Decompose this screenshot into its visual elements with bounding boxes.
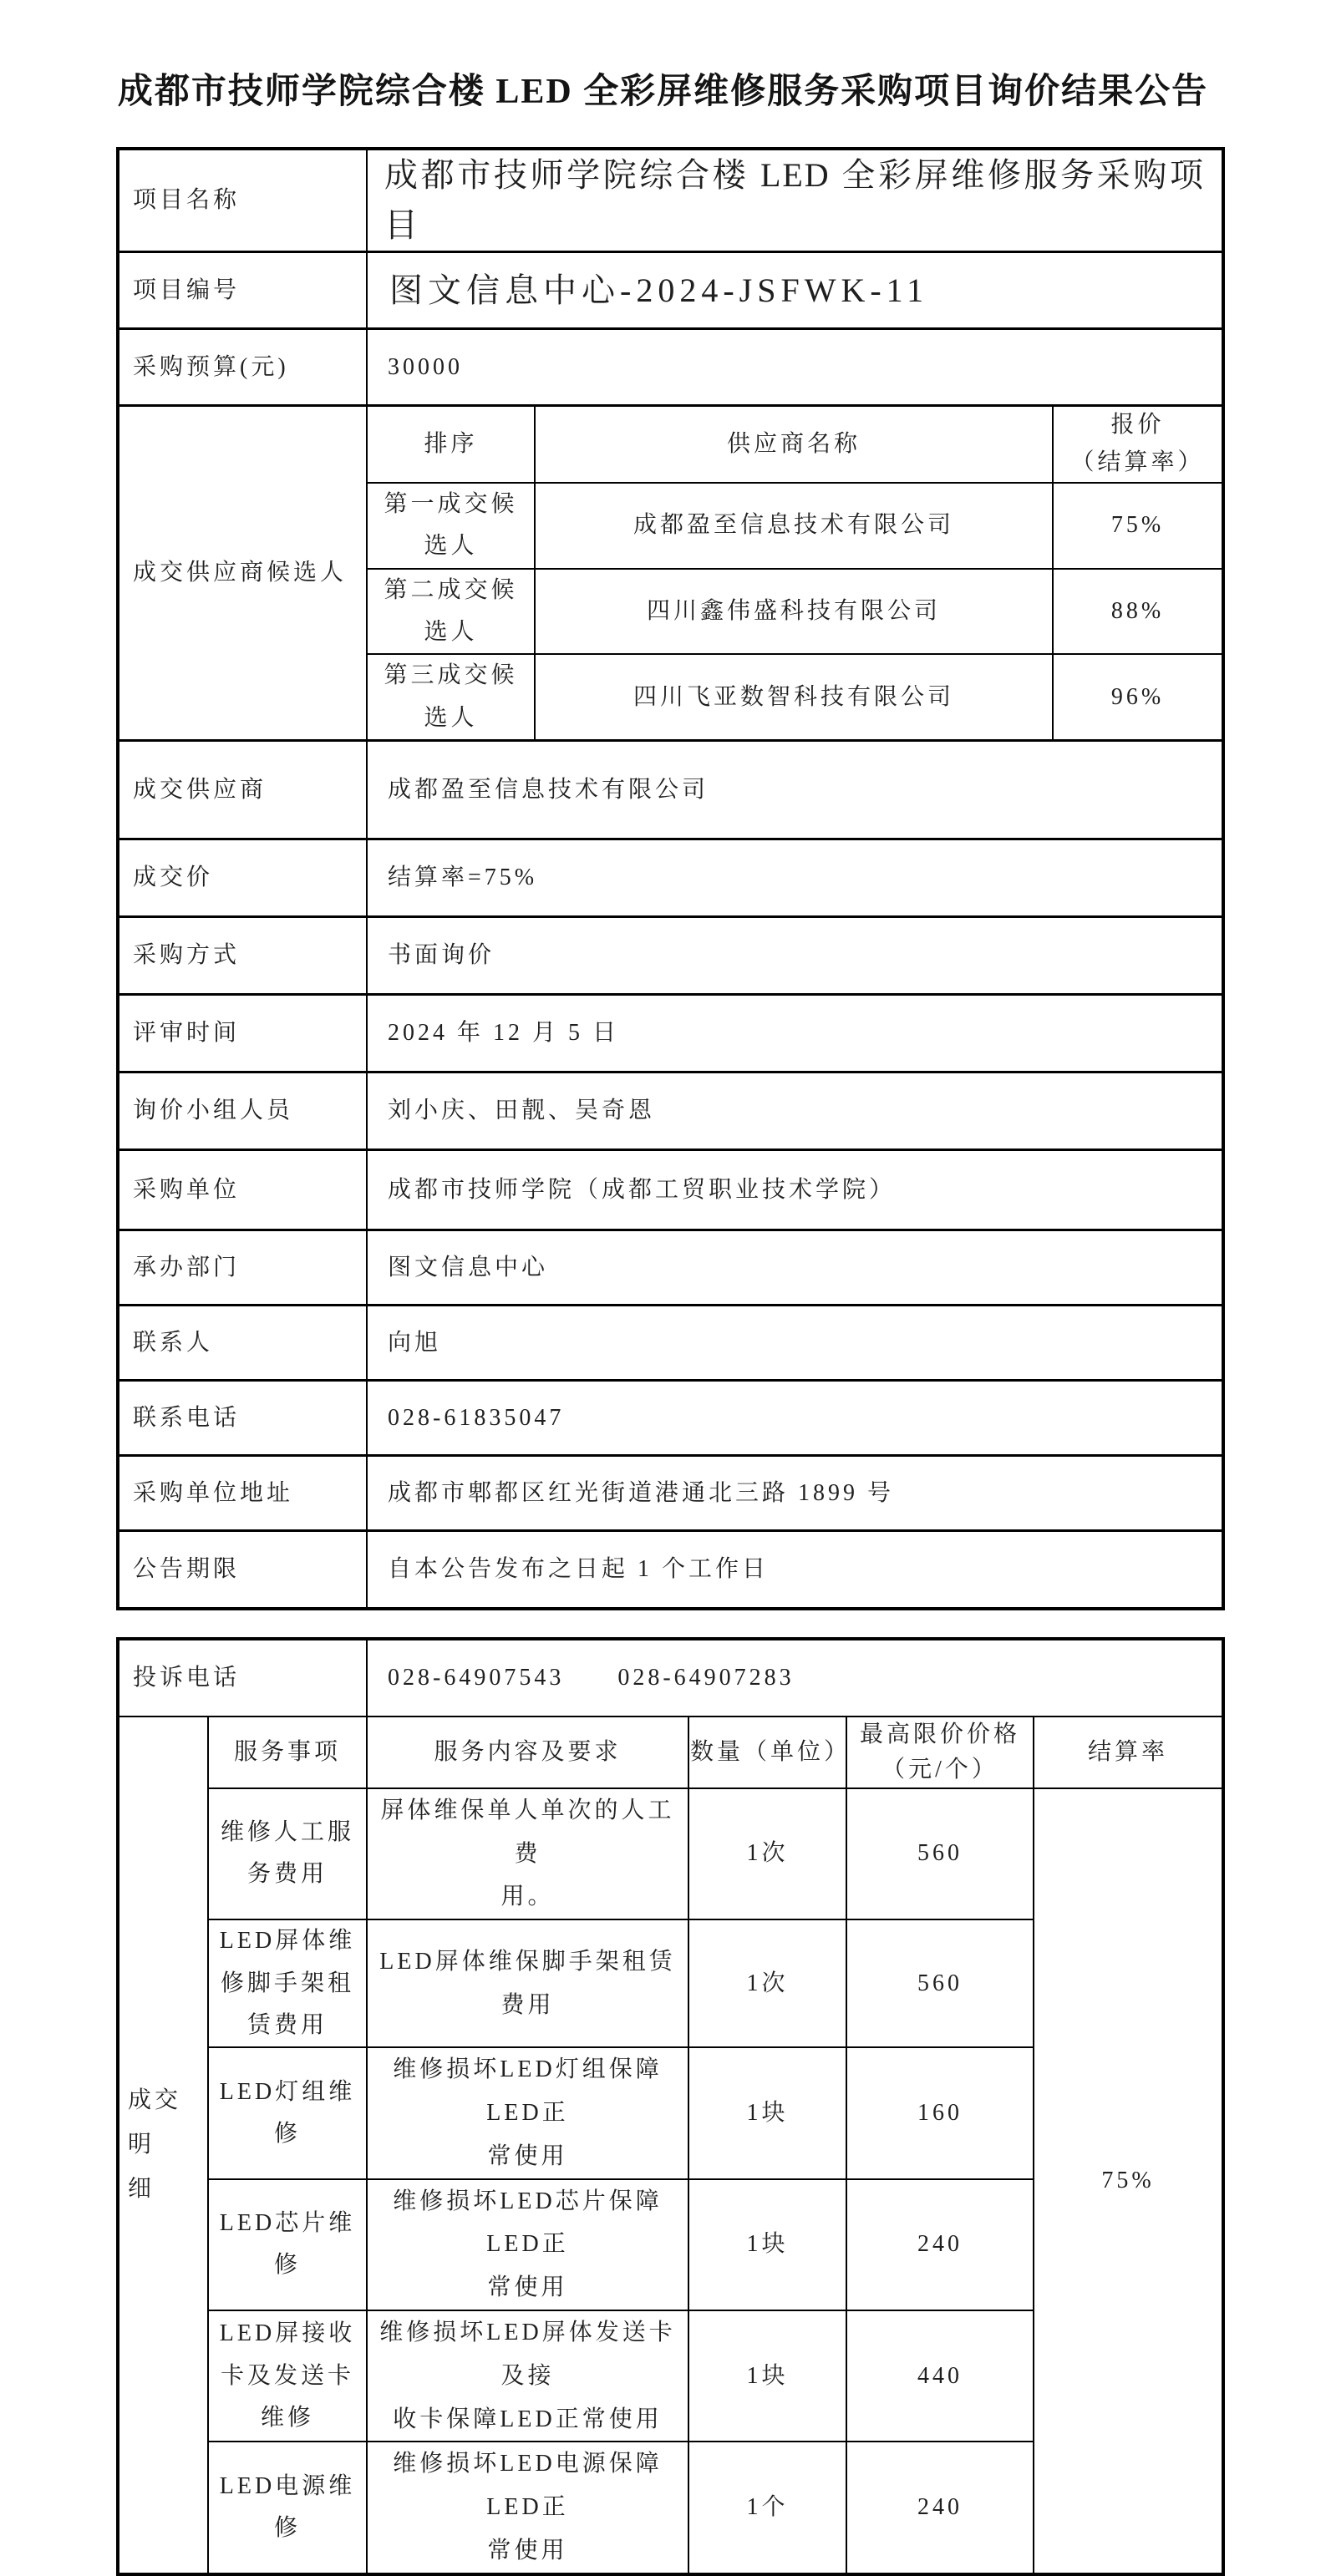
value-award-price: 结算率=75%	[367, 839, 1223, 917]
service-item: LED灯组维 修	[208, 2047, 367, 2178]
service-item: LED电源维 修	[208, 2442, 367, 2573]
label-contact-phone: 联系电话	[118, 1381, 367, 1456]
value-awarded-supplier: 成都盈至信息技术有限公司	[367, 741, 1223, 839]
label-procurement-method: 采购方式	[118, 917, 367, 995]
label-contact-person: 联系人	[118, 1306, 367, 1381]
service-item: LED屏体维 修脚手架租 赁费用	[208, 1919, 367, 2047]
service-qty: 1次	[688, 1788, 846, 1919]
page-title: 成都市技师学院综合楼 LED 全彩屏维修服务采购项目询价结果公告	[0, 72, 1326, 112]
table-row: 成交价 结算率=75%	[118, 839, 1223, 917]
table-row: 承办部门 图文信息中心	[118, 1230, 1223, 1306]
table-row: 采购单位 成都市技师学院（成都工贸职业技术学院）	[118, 1150, 1223, 1230]
value-project-number: 图文信息中心-2024-JSFWK-11	[367, 252, 1223, 329]
label-award-price: 成交价	[118, 839, 367, 917]
service-content: 维修损坏LED芯片保障LED正 常使用	[367, 2179, 688, 2310]
label-purchasing-unit: 采购单位	[118, 1150, 367, 1230]
service-qty: 1个	[688, 2442, 846, 2573]
value-purchasing-unit: 成都市技师学院（成都工贸职业技术学院）	[367, 1150, 1223, 1230]
label-review-date: 评审时间	[118, 995, 367, 1072]
label-candidates: 成交供应商候选人	[118, 406, 367, 741]
header-quantity: 数量（单位）	[688, 1716, 846, 1788]
header-quote: 报价 （结算率）	[1053, 406, 1223, 483]
value-contact-phone: 028-61835047	[367, 1381, 1223, 1456]
value-announcement-period: 自本公告发布之日起 1 个工作日	[367, 1531, 1223, 1609]
candidates-header-row: 成交供应商候选人 排序 供应商名称 报价 （结算率）	[118, 406, 1223, 483]
service-price: 240	[846, 2179, 1034, 2310]
table-row: 投诉电话 028-64907543 028-64907283	[118, 1639, 1223, 1716]
table-row: 项目名称 成都市技师学院综合楼 LED 全彩屏维修服务采购项目	[118, 149, 1223, 252]
project-info-table: 项目名称 成都市技师学院综合楼 LED 全彩屏维修服务采购项目 项目编号 图文信…	[116, 147, 1225, 1610]
label-complaint-phone: 投诉电话	[118, 1639, 367, 1716]
label-budget: 采购预算(元)	[118, 329, 367, 406]
service-price: 240	[846, 2442, 1034, 2573]
label-inquiry-team: 询价小组人员	[118, 1072, 367, 1150]
candidate-supplier: 成都盈至信息技术有限公司	[535, 483, 1053, 569]
table-row: 采购单位地址 成都市郫都区红光街道港通北三路 1899 号	[118, 1456, 1223, 1531]
label-unit-address: 采购单位地址	[118, 1456, 367, 1531]
service-qty: 1块	[688, 2179, 846, 2310]
candidate-rank: 第一成交候 选人	[367, 483, 535, 569]
candidate-supplier: 四川飞亚数智科技有限公司	[535, 654, 1053, 740]
label-project-number: 项目编号	[118, 252, 367, 329]
table-row: 评审时间 2024 年 12 月 5 日	[118, 995, 1223, 1072]
service-price: 440	[846, 2310, 1034, 2442]
header-max-price: 最高限价价格 （元/个）	[846, 1716, 1034, 1788]
detail-header-row: 成交明 细 服务事项 服务内容及要求 数量（单位） 最高限价价格 （元/个） 结…	[118, 1716, 1223, 1788]
candidate-rank: 第三成交候 选人	[367, 654, 535, 740]
table-row: 联系电话 028-61835047	[118, 1381, 1223, 1456]
service-item: LED屏接收 卡及发送卡 维修	[208, 2310, 367, 2442]
value-review-date: 2024 年 12 月 5 日	[367, 995, 1223, 1072]
table-row: 询价小组人员 刘小庆、田靓、吴奇恩	[118, 1072, 1223, 1150]
label-awarded-supplier: 成交供应商	[118, 741, 367, 839]
candidate-supplier: 四川鑫伟盛科技有限公司	[535, 569, 1053, 655]
value-inquiry-team: 刘小庆、田靓、吴奇恩	[367, 1072, 1223, 1150]
service-price: 160	[846, 2047, 1034, 2178]
service-qty: 1块	[688, 2047, 846, 2178]
candidate-rank: 第二成交候 选人	[367, 569, 535, 655]
header-service-content: 服务内容及要求	[367, 1716, 688, 1788]
table-row: 项目编号 图文信息中心-2024-JSFWK-11	[118, 252, 1223, 329]
value-complaint-phone: 028-64907543 028-64907283	[367, 1639, 1223, 1716]
label-award-detail: 成交明 细	[118, 1716, 208, 2574]
service-row: 维修人工服 务费用 屏体维保单人单次的人工费 用。 1次 560 75%	[118, 1788, 1223, 1919]
table-row: 联系人 向旭	[118, 1306, 1223, 1381]
service-content: LED屏体维保脚手架租赁费用	[367, 1919, 688, 2047]
value-procurement-method: 书面询价	[367, 917, 1223, 995]
table-row: 采购预算(元) 30000	[118, 329, 1223, 406]
award-detail-table: 投诉电话 028-64907543 028-64907283 成交明 细 服务事…	[116, 1637, 1225, 2576]
value-budget: 30000	[367, 329, 1223, 406]
service-price: 560	[846, 1788, 1034, 1919]
table-row: 成交供应商 成都盈至信息技术有限公司	[118, 741, 1223, 839]
service-item: 维修人工服 务费用	[208, 1788, 367, 1919]
label-project-name: 项目名称	[118, 149, 367, 252]
settlement-rate-value: 75%	[1034, 1788, 1223, 2574]
service-content: 屏体维保单人单次的人工费 用。	[367, 1788, 688, 1919]
service-qty: 1块	[688, 2310, 846, 2442]
label-announcement-period: 公告期限	[118, 1531, 367, 1609]
value-contact-person: 向旭	[367, 1306, 1223, 1381]
service-price: 560	[846, 1919, 1034, 2047]
table-row: 公告期限 自本公告发布之日起 1 个工作日	[118, 1531, 1223, 1609]
table-row: 采购方式 书面询价	[118, 917, 1223, 995]
value-handling-department: 图文信息中心	[367, 1230, 1223, 1306]
candidate-quote: 88%	[1053, 569, 1223, 655]
service-content: 维修损坏LED屏体发送卡及接 收卡保障LED正常使用	[367, 2310, 688, 2442]
candidate-quote: 96%	[1053, 654, 1223, 740]
header-service-item: 服务事项	[208, 1716, 367, 1788]
candidate-quote: 75%	[1053, 483, 1223, 569]
value-project-name: 成都市技师学院综合楼 LED 全彩屏维修服务采购项目	[367, 149, 1223, 252]
service-qty: 1次	[688, 1919, 846, 2047]
service-content: 维修损坏LED电源保障LED正 常使用	[367, 2442, 688, 2573]
header-rank: 排序	[367, 406, 535, 483]
header-supplier-name: 供应商名称	[535, 406, 1053, 483]
header-settlement-rate: 结算率	[1034, 1716, 1223, 1788]
service-content: 维修损坏LED灯组保障LED正 常使用	[367, 2047, 688, 2178]
value-unit-address: 成都市郫都区红光街道港通北三路 1899 号	[367, 1456, 1223, 1531]
label-handling-department: 承办部门	[118, 1230, 367, 1306]
service-item: LED芯片维 修	[208, 2179, 367, 2310]
